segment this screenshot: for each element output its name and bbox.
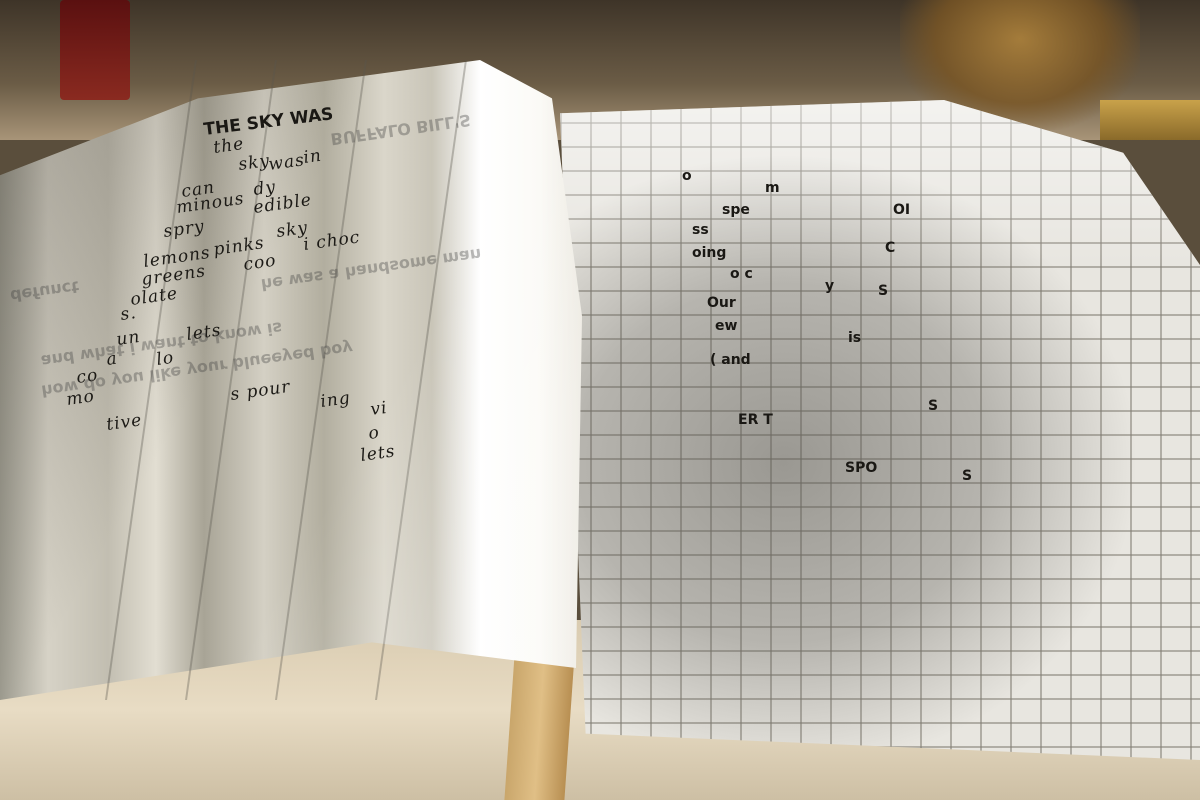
letter-fragment: S	[962, 468, 972, 484]
window-shadow	[560, 100, 1200, 760]
letter-fragment: ER T	[738, 412, 773, 428]
letter-fragment: SPO	[845, 460, 877, 476]
poem-word: co	[75, 365, 99, 388]
photo-scene: omspeOIssCoingo cySOurewis( andSER TSPOS…	[0, 0, 1200, 800]
letter-fragment: ew	[715, 318, 737, 334]
letter-fragment: S	[928, 398, 938, 414]
red-jar	[60, 0, 130, 100]
poem-word: un	[115, 327, 141, 350]
letter-fragment: y	[825, 278, 834, 294]
poem-word: lo	[155, 348, 175, 370]
letter-fragment: Our	[707, 295, 736, 311]
letter-fragment: o c	[730, 266, 753, 282]
poem-word: s.	[119, 303, 138, 325]
poem-word: mo	[65, 386, 96, 410]
poem-word: vi	[369, 398, 389, 420]
poem-word: ing	[319, 388, 352, 412]
brass-bar	[1100, 100, 1200, 140]
poem-word: in	[302, 146, 323, 168]
letter-fragment: OI	[893, 202, 910, 218]
letter-fragment: spe	[722, 202, 750, 218]
letter-fragment: is	[848, 330, 861, 346]
letter-fragment: oing	[692, 245, 726, 261]
letter-fragment: S	[878, 283, 888, 299]
letter-fragment: o	[682, 168, 692, 184]
letter-fragment: ss	[692, 222, 709, 238]
letter-fragment: C	[885, 240, 895, 256]
letter-fragment: m	[765, 180, 780, 196]
letter-fragment: ( and	[710, 352, 751, 368]
